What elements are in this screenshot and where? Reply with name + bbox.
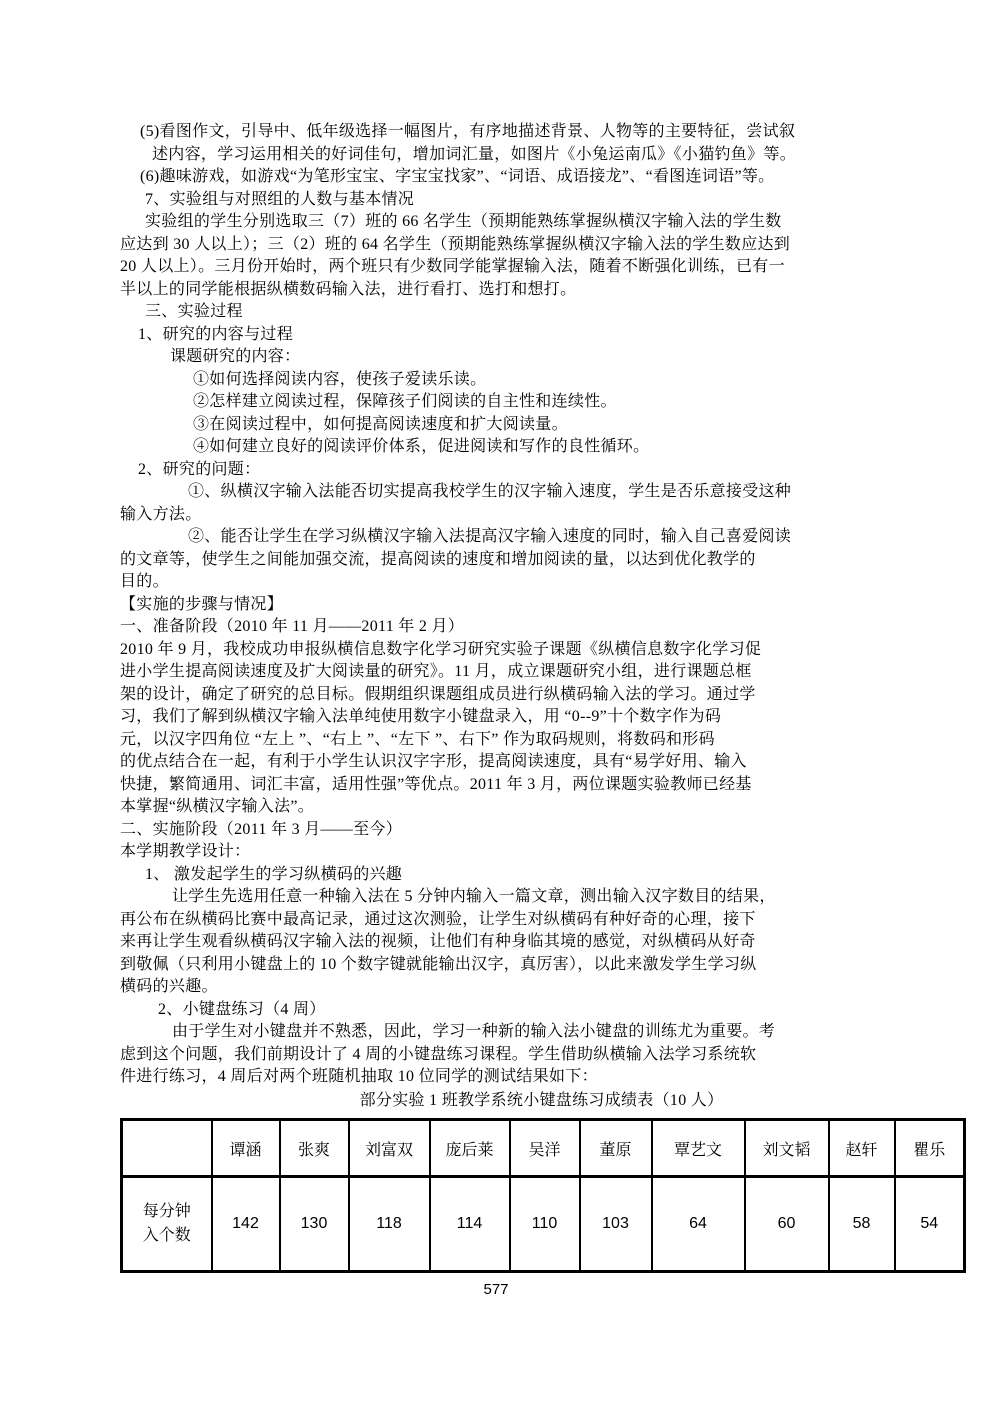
document-body: (5)看图作文，引导中、低年级选择一幅图片，有序地描述背景、人物等的主要特征，尝… <box>120 121 992 1273</box>
text-line: 架的设计，确定了研究的总目标。假期组织课题组成员进行纵横码输入法的学习。通过学 <box>120 684 992 707</box>
score-cell: 58 <box>829 1177 895 1272</box>
list-item: ④如何建立良好的阅读评价体系，促进阅读和写作的良性循环。 <box>120 436 992 459</box>
list-item: ③在阅读过程中，如何提高阅读速度和扩大阅读量。 <box>120 414 992 437</box>
text-line: (5)看图作文，引导中、低年级选择一幅图片，有序地描述背景、人物等的主要特征，尝… <box>120 121 992 144</box>
text-line: 件进行练习，4 周后对两个班随机抽取 10 位同学的测试结果如下： <box>120 1066 992 1089</box>
text-line: 习，我们了解到纵横汉字输入法单纯使用数字小键盘录入，用 “0--9”十个数字作为… <box>120 706 992 729</box>
text-line: 半以上的同学能根据纵横数码输入法，进行看打、选打和想打。 <box>120 279 992 302</box>
document-page: (5)看图作文，引导中、低年级选择一幅图片，有序地描述背景、人物等的主要特征，尝… <box>0 0 992 1403</box>
list-item: ①如何选择阅读内容，使孩子爱读乐读。 <box>120 369 992 392</box>
text-line: 述内容，学习运用相关的好词佳句，增加词汇量，如图片《小兔运南瓜》《小猫钓鱼》等。 <box>120 144 992 167</box>
student-name-cell: 谭涵 <box>212 1120 280 1177</box>
text-line: 应达到 30 人以上）；三（2）班的 64 名学生（预期能熟练掌握纵横汉字输入法… <box>120 234 992 257</box>
list-item: ②、能否让学生在学习纵横汉字输入法提高汉字输入速度的同时，输入自己喜爱阅读 <box>120 526 992 549</box>
student-name-cell: 庞后莱 <box>430 1120 510 1177</box>
student-name-cell: 刘文韬 <box>745 1120 829 1177</box>
text-line: 横码的兴趣。 <box>120 976 992 999</box>
text-line: 由于学生对小键盘并不熟悉，因此，学习一种新的输入法小键盘的训练尤为重要。考 <box>120 1021 992 1044</box>
text-line: (6)趣味游戏，如游戏“为笔形宝宝、字宝宝找家”、“词语、成语接龙”、“看图连词… <box>120 166 992 189</box>
table-header-row: 谭涵 张爽 刘富双 庞后莱 吴洋 董原 覃艺文 刘文韬 赵轩 瞿乐 <box>122 1120 965 1177</box>
list-item: ②怎样建立阅读过程，保障孩子们阅读的自主性和连续性。 <box>120 391 992 414</box>
text-line: 元，以汉字四角位 “左上 ”、“右上 ”、“左下 ”、右下” 作为取码规则，将数… <box>120 729 992 752</box>
text-line: 再公布在纵横码比赛中最高记录，通过这次测验，让学生对纵横码有种好奇的心理，接下 <box>120 909 992 932</box>
score-cell: 64 <box>652 1177 745 1272</box>
sub-heading: 1、 激发起学生的学习纵横码的兴趣 <box>120 864 992 887</box>
score-cell: 110 <box>510 1177 580 1272</box>
student-name-cell: 刘富双 <box>349 1120 430 1177</box>
student-name-cell: 赵轩 <box>829 1120 895 1177</box>
student-name-cell: 瞿乐 <box>895 1120 965 1177</box>
text-line: 的文章等，使学生之间能加强交流，提高阅读的速度和增加阅读的量，以达到优化教学的 <box>120 549 992 572</box>
text-line: 快捷，繁简通用、词汇丰富，适用性强”等优点。2011 年 3 月，两位课题实验教… <box>120 774 992 797</box>
text-line: 的优点结合在一起，有利于小学生认识汉字字形，提高阅读速度，具有“易学好用、输入 <box>120 751 992 774</box>
text-line: 本学期教学设计： <box>120 841 992 864</box>
text-line: 到敬佩（只利用小键盘上的 10 个数字键就能输出汉字，真厉害），以此来激发学生学… <box>120 954 992 977</box>
student-name-cell: 覃艺文 <box>652 1120 745 1177</box>
text-line: 2010 年 9 月，我校成功申报纵横信息数字化学习研究实验子课题《纵横信息数字… <box>120 639 992 662</box>
text-line: 输入方法。 <box>120 504 992 527</box>
student-name-cell: 吴洋 <box>510 1120 580 1177</box>
text-line: 让学生先选用任意一种输入法在 5 分钟内输入一篇文章，测出输入汉字数目的结果， <box>120 886 992 909</box>
text-line: 7、实验组与对照组的人数与基本情况 <box>120 189 992 212</box>
section-heading: 三、实验过程 <box>120 301 992 324</box>
score-cell: 130 <box>280 1177 349 1272</box>
page-number: 577 <box>0 1281 992 1298</box>
scores-table: 谭涵 张爽 刘富双 庞后莱 吴洋 董原 覃艺文 刘文韬 赵轩 瞿乐 每分钟 入个… <box>120 1118 966 1273</box>
text-line: 来再让学生观看纵横码汉字输入法的视频，让他们有种身临其境的感觉，对纵横码从好奇 <box>120 931 992 954</box>
score-cell: 114 <box>430 1177 510 1272</box>
text-line: 课题研究的内容： <box>120 346 992 369</box>
score-cell: 142 <box>212 1177 280 1272</box>
sub-heading: 1、研究的内容与过程 <box>120 324 992 347</box>
text-line: 20 人以上）。三月份开始时，两个班只有少数同学能掌握输入法，随着不断强化训练，… <box>120 256 992 279</box>
list-item: ①、纵横汉字输入法能否切实提高我校学生的汉字输入速度，学生是否乐意接受这种 <box>120 481 992 504</box>
student-name-cell: 张爽 <box>280 1120 349 1177</box>
score-cell: 54 <box>895 1177 965 1272</box>
corner-cell <box>122 1120 212 1177</box>
sub-heading: 2、研究的问题： <box>120 459 992 482</box>
score-cell: 103 <box>580 1177 652 1272</box>
text-line: 进小学生提高阅读速度及扩大阅读量的研究》。11 月，成立课题研究小组，进行课题总… <box>120 661 992 684</box>
text-line: 实验组的学生分别选取三（7）班的 66 名学生（预期能熟练掌握纵横汉字输入法的学… <box>120 211 992 234</box>
section-heading: 【实施的步骤与情况】 <box>120 594 992 617</box>
text-line: 本掌握“纵横汉字输入法”。 <box>120 796 992 819</box>
student-name-cell: 董原 <box>580 1120 652 1177</box>
table-data-row: 每分钟 入个数 142 130 118 114 110 103 64 60 58… <box>122 1177 965 1272</box>
score-cell: 60 <box>745 1177 829 1272</box>
score-cell: 118 <box>349 1177 430 1272</box>
table-title: 部分实验 1 班教学系统小键盘练习成绩表（10 人） <box>120 1090 963 1113</box>
row-label-cell: 每分钟 入个数 <box>122 1177 212 1272</box>
section-heading: 二、实施阶段（2011 年 3 月——至今） <box>120 819 992 842</box>
section-heading: 一、准备阶段（2010 年 11 月——2011 年 2 月） <box>120 616 992 639</box>
sub-heading: 2、小键盘练习（4 周） <box>120 999 992 1022</box>
text-line: 虑到这个问题，我们前期设计了 4 周的小键盘练习课程。学生借助纵横输入法学习系统… <box>120 1044 992 1067</box>
text-line: 目的。 <box>120 571 992 594</box>
